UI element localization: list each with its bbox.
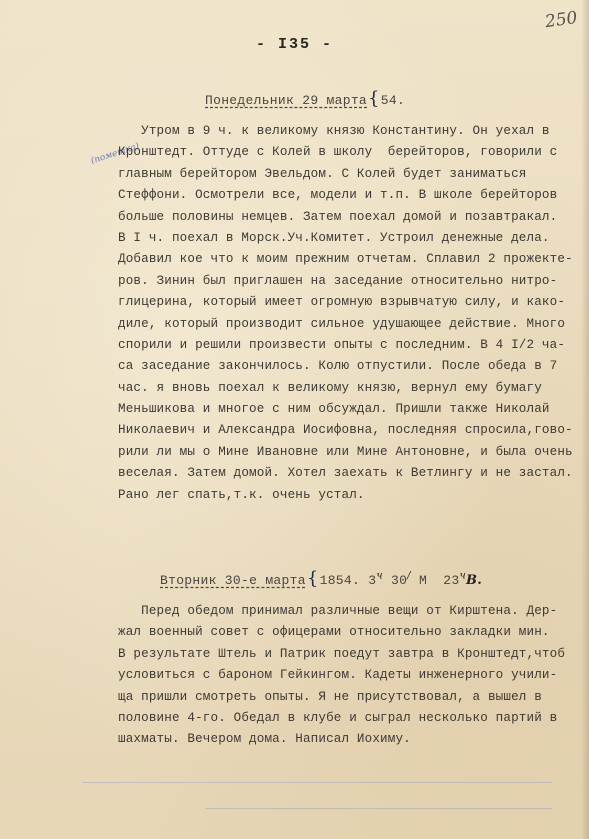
text-line: Стеффони. Осмотрели все, модели и т.п. В…	[118, 185, 558, 206]
m-value: М	[419, 573, 427, 588]
text-line: са заседание закончилось. Колю отпустили…	[118, 356, 558, 377]
entry-heading-monday: Понедельник 29 марта{54.	[205, 88, 405, 109]
text-line: диле, который производит сильное удушающ…	[118, 314, 558, 335]
text-line: половине 4-го. Обедал в клубе и сыграл н…	[118, 708, 558, 729]
archive-page-number: 250	[544, 8, 579, 32]
text-line: В результате Штель и Патрик поедут завтр…	[118, 644, 558, 665]
text-line: спорили и решили произвести опыты с посл…	[118, 335, 558, 356]
entry-date-label: Понедельник 29 марта	[205, 93, 367, 108]
bleed-through-line	[82, 782, 552, 783]
entry-year: 54.	[381, 93, 405, 108]
handwritten-brace-icon: {	[307, 568, 319, 589]
text-line: Перед обедом принимал различные вещи от …	[118, 601, 558, 622]
text-line: Рано лег спать,т.к. очень устал.	[118, 485, 558, 506]
text-line: жал военный совет с офицерами относитель…	[118, 622, 558, 643]
text-line: В I ч. поехал в Морск.Уч.Комитет. Устрои…	[118, 228, 558, 249]
text-line: Николаевич и Александра Иосифовна, после…	[118, 420, 558, 441]
text-line: ща пришли смотреть опыты. Я не присутств…	[118, 687, 558, 708]
text-line: условиться с бароном Гейкингом. Кадеты и…	[118, 665, 558, 686]
entry-heading-tuesday: Вторник 30-е марта{1854. 3ч 30/ М 23чВ.	[160, 568, 482, 589]
text-line: Меньшикова и многое с ним обсуждал. Приш…	[118, 399, 558, 420]
text-line: Добавил кое что к моим прежним отчетам. …	[118, 249, 558, 270]
entry-body-tuesday: Перед обедом принимал различные вещи от …	[118, 601, 558, 751]
entry-year: 1854.	[320, 573, 361, 588]
temperature-value: 23	[443, 573, 459, 588]
page-number: - I35 -	[0, 36, 589, 53]
text-line: ров. Зинин был приглашен на заседание от…	[118, 271, 558, 292]
text-line: больше половины немцев. Затем поехал дом…	[118, 207, 558, 228]
temperature-suffix: В.	[466, 573, 482, 588]
document-page: 250 - I35 - Понедельник 29 марта{54. (по…	[0, 0, 589, 839]
minutes-value: 30	[391, 573, 407, 588]
weather-superscript: ч	[376, 571, 383, 582]
entry-body-monday: Утром в 9 ч. к великому князю Константин…	[118, 121, 558, 506]
handwritten-brace-icon: {	[368, 88, 380, 109]
text-line: веселая. Затем домой. Хотел заехать к Ве…	[118, 463, 558, 484]
text-line: Утром в 9 ч. к великому князю Константин…	[118, 121, 558, 142]
text-line: главным берейтором Эвельдом. С Колей буд…	[118, 164, 558, 185]
text-line: рили ли мы о Мине Ивановне или Мине Анто…	[118, 442, 558, 463]
text-line: глицерина, который имеет огромную взрывч…	[118, 292, 558, 313]
bleed-through-line	[205, 808, 552, 809]
text-line: час. я вновь поехал к великому князю, ве…	[118, 378, 558, 399]
minutes-mark: /	[407, 571, 411, 582]
text-line: Кронштедт. Оттуде с Колей в школу берейт…	[118, 142, 558, 163]
text-line: шахматы. Вечером дома. Написал Иохиму.	[118, 729, 558, 750]
entry-date-label: Вторник 30-е марта	[160, 573, 306, 588]
